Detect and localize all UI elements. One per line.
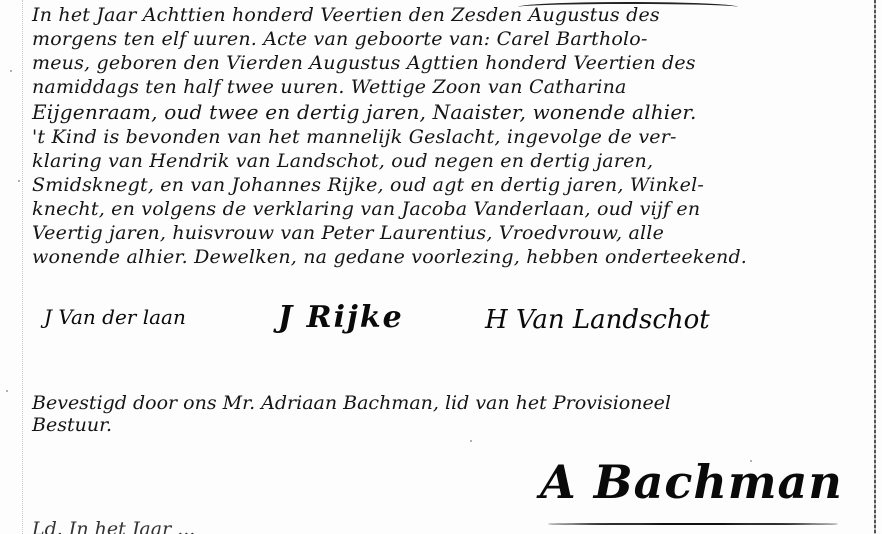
entry-line-10: Veertig jaren, huisvrouw van Peter Laure… (32, 222, 664, 244)
register-page: In het Jaar Achttien honderd Veertien de… (0, 0, 882, 534)
entry-line-3: meus, geboren den Vierden Augustus Agtti… (32, 52, 696, 74)
entry-line-5: Eijgenraam, oud twee en dertig jaren, Na… (32, 100, 697, 124)
paper-speck (750, 460, 752, 462)
right-page-edge (874, 0, 876, 534)
paper-speck (18, 180, 20, 182)
left-margin-rule (22, 0, 23, 534)
signature-bachman: A Bachman (540, 455, 843, 509)
entry-line-9: knecht, en volgens de verklaring van Jac… (32, 198, 700, 220)
entry-line-11: wonende alhier. Dewelken, na gedane voor… (32, 246, 747, 268)
paper-speck (470, 440, 472, 442)
endorsement-line-2: Bestuur. (32, 414, 112, 436)
paper-speck (10, 70, 12, 72)
entry-line-2: morgens ten elf uuren. Acte van geboorte… (32, 28, 648, 50)
paper-speck (6, 390, 8, 392)
entry-line-8: Smidsknegt, en van Johannes Rijke, oud a… (32, 174, 704, 196)
entry-line-1: In het Jaar Achttien honderd Veertien de… (32, 4, 660, 26)
signature-vanlandschot: H Van Landschot (485, 305, 710, 335)
signature-flourish (548, 523, 838, 525)
signature-rijke: J Rijke (278, 300, 404, 335)
next-entry-partial: Ld. In het Jaar ... (32, 518, 195, 534)
entry-line-4: namiddags ten half twee uuren. Wettige Z… (32, 76, 627, 98)
endorsement-line-1: Bevestigd door ons Mr. Adriaan Bachman, … (32, 392, 671, 414)
signature-vanderlaan: J Van der laan (44, 305, 186, 329)
entry-line-6: 't Kind is bevonden van het mannelijk Ge… (32, 126, 677, 148)
entry-line-7: klaring van Hendrik van Landschot, oud n… (32, 150, 653, 172)
